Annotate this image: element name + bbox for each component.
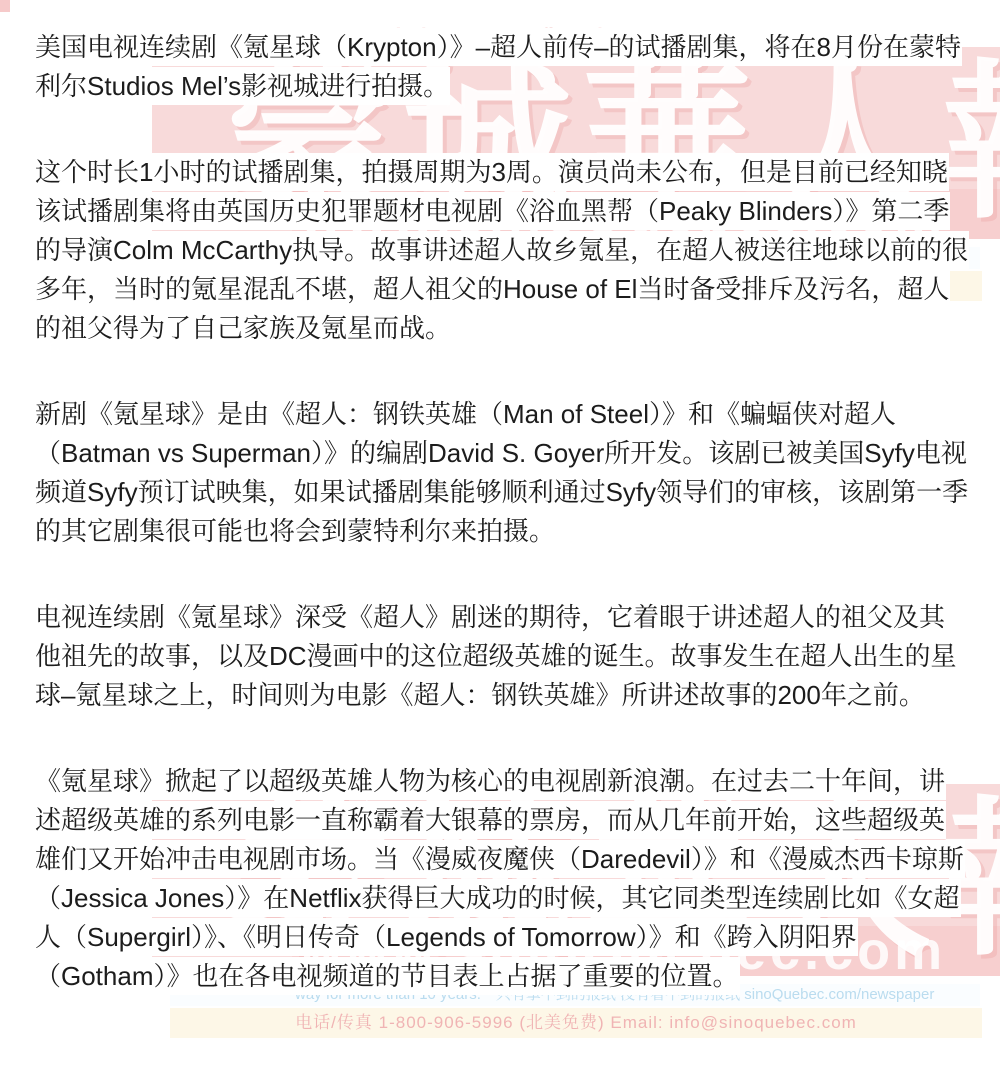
paragraph-text: 《氪星球》掀起了以超级英雄人物为核心的电视剧新浪潮。在过去二十年间，讲述超级英雄…: [34, 762, 965, 995]
paragraph-text: 新剧《氪星球》是由《超人：钢铁英雄（Man of Steel）》和《蝙蝠侠对超人…: [34, 395, 969, 550]
article-body: 美国电视连续剧《氪星球（Krypton）》–超人前传–的试播剧集，将在8月份在蒙…: [34, 28, 969, 1043]
paragraph-text: 这个时长1小时的试播剧集，拍摄周期为3周。演员尚未公布，但是目前已经知晓该试播剧…: [34, 153, 969, 347]
paragraph-text: 电视连续剧《氪星球》深受《超人》剧迷的期待，它着眼于讲述超人的祖父及其他祖先的故…: [34, 598, 958, 714]
paragraph-developer: 新剧《氪星球》是由《超人：钢铁英雄（Man of Steel）》和《蝙蝠侠对超人…: [34, 395, 969, 551]
paragraph-intro: 美国电视连续剧《氪星球（Krypton）》–超人前传–的试播剧集，将在8月份在蒙…: [34, 28, 969, 106]
paragraph-story-setting: 电视连续剧《氪星球》深受《超人》剧迷的期待，它着眼于讲述超人的祖父及其他祖先的故…: [34, 598, 969, 715]
paragraph-superhero-tv-trend: 《氪星球》掀起了以超级英雄人物为核心的电视剧新浪潮。在过去二十年间，讲述超级英雄…: [34, 762, 969, 996]
watermark-corner-fragment: [0, 0, 10, 12]
paragraph-text: 美国电视连续剧《氪星球（Krypton）》–超人前传–的试播剧集，将在8月份在蒙…: [34, 28, 962, 105]
paragraph-pilot-details: 这个时长1小时的试播剧集，拍摄周期为3周。演员尚未公布，但是目前已经知晓该试播剧…: [34, 153, 969, 348]
article-page: Le Journal Chinois Sinoquébec Chinese Ne…: [0, 0, 1000, 1075]
